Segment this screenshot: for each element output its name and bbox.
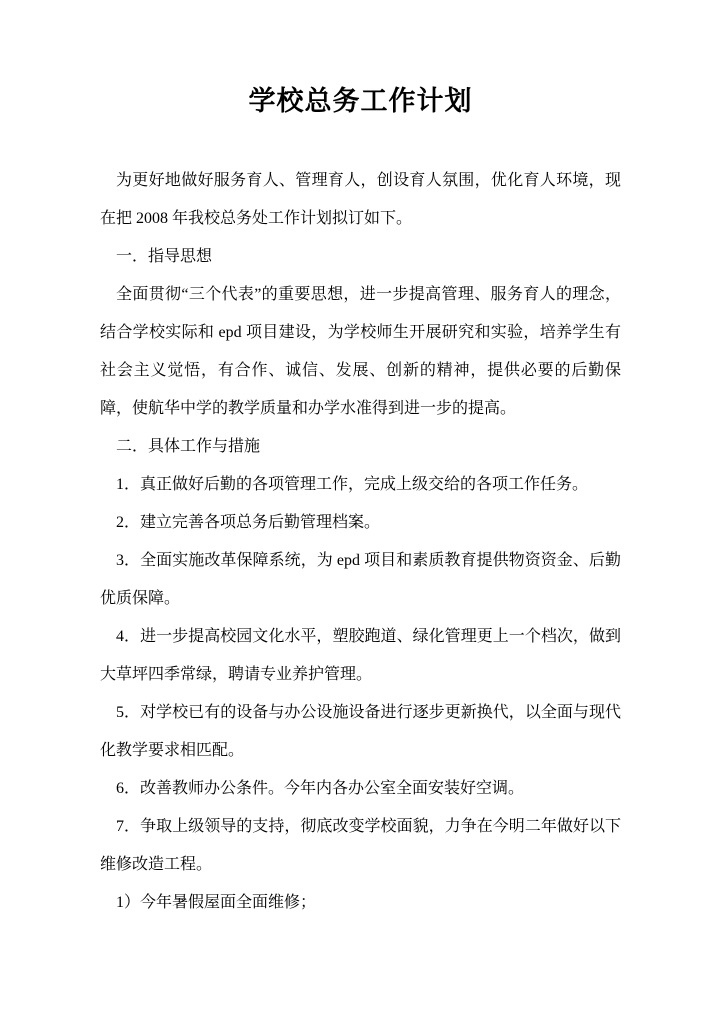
sub-item-1: 1）今年暑假屋面全面维修； [100, 884, 621, 922]
list-item-5: 5．对学校已有的设备与办公设施设备进行逐步更新换代，以全面与现代化教学要求相匹配… [100, 694, 621, 770]
list-item-4: 4．进一步提高校园文化水平，塑胶跑道、绿化管理更上一个档次，做到大草坪四季常绿，… [100, 618, 621, 694]
list-item-3: 3．全面实施改革保障系统，为 epd 项目和素质教育提供物资资金、后勤优质保障。 [100, 542, 621, 618]
list-item-1: 1．真正做好后勤的各项管理工作，完成上级交给的各项工作任务。 [100, 466, 621, 504]
list-item-7: 7．争取上级领导的支持，彻底改变学校面貌，力争在今明二年做好以下维修改造工程。 [100, 808, 621, 884]
list-item-2: 2．建立完善各项总务后勤管理档案。 [100, 504, 621, 542]
list-item-6: 6．改善教师办公条件。今年内各办公室全面安装好空调。 [100, 770, 621, 808]
paragraph-guiding-ideology: 全面贯彻“三个代表”的重要思想，进一步提高管理、服务育人的理念，结合学校实际和 … [100, 276, 621, 428]
document-page: 学校总务工作计划 为更好地做好服务育人、管理育人，创设育人氛围，优化育人环境，现… [0, 0, 721, 1020]
paragraph-intro: 为更好地做好服务育人、管理育人，创设育人氛围，优化育人环境，现在把 2008 年… [100, 162, 621, 238]
document-title: 学校总务工作计划 [0, 0, 721, 116]
document-body: 为更好地做好服务育人、管理育人，创设育人氛围，优化育人环境，现在把 2008 年… [0, 162, 721, 922]
heading-section-1: 一．指导思想 [100, 238, 621, 276]
heading-section-2: 二．具体工作与措施 [100, 428, 621, 466]
